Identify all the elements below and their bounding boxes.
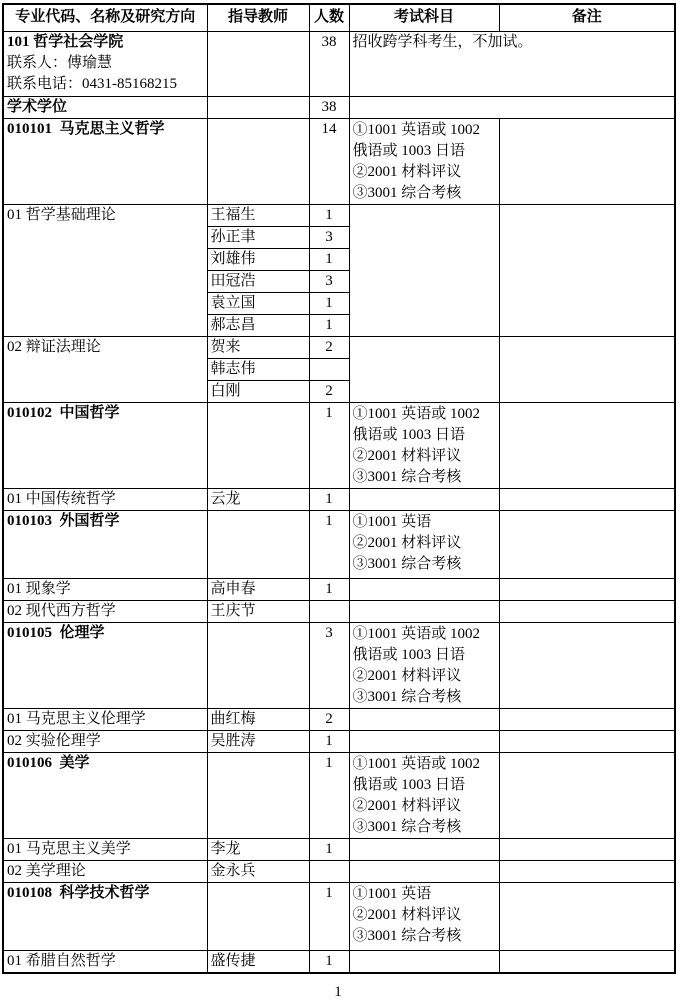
direction-remark-cell bbox=[499, 950, 675, 973]
direction-row: 01 马克思主义美学 李龙 1 bbox=[3, 838, 675, 860]
direction-exam-cell bbox=[349, 860, 499, 882]
exam-subject-line: 俄语或 1003 日语 bbox=[353, 774, 496, 795]
section-count-cell: 3 bbox=[309, 622, 349, 708]
direction-remark-cell bbox=[499, 488, 675, 510]
advisor-count-cell: 2 bbox=[309, 380, 349, 402]
section-row-010103: 010103 外国哲学 1 ①1001 英语 ②2001 材料评议 ③3001 … bbox=[3, 510, 675, 578]
direction-remark-cell bbox=[499, 204, 675, 336]
direction-name-cell: 01 哲学基础理论 bbox=[3, 204, 207, 336]
section-code-cell: 010102 中国哲学 bbox=[3, 402, 207, 488]
section-remark-cell bbox=[499, 118, 675, 204]
exam-subject-line: ③3001 综合考核 bbox=[353, 182, 496, 203]
exam-subject-line: ①1001 英语或 1002 bbox=[353, 403, 496, 424]
section-code-cell: 010105 伦理学 bbox=[3, 622, 207, 708]
direction-name-cell: 01 中国传统哲学 bbox=[3, 488, 207, 510]
section-row-010105: 010105 伦理学 3 ①1001 英语或 1002 俄语或 1003 日语 … bbox=[3, 622, 675, 708]
advisor-count-cell: 1 bbox=[309, 730, 349, 752]
advisor-name-cell: 高申春 bbox=[207, 578, 309, 600]
direction-exam-cell bbox=[349, 204, 499, 336]
admission-table: 专业代码、名称及研究方向 指导教师 人数 考试科目 备注 101 哲学社会学院 … bbox=[2, 3, 676, 974]
advisor-name-cell: 云龙 bbox=[207, 488, 309, 510]
direction-remark-cell bbox=[499, 860, 675, 882]
advisor-name-cell: 王庆节 bbox=[207, 600, 309, 622]
direction-exam-cell bbox=[349, 488, 499, 510]
advisor-count-cell: 1 bbox=[309, 292, 349, 314]
direction-remark-cell bbox=[499, 708, 675, 730]
advisor-count-cell bbox=[309, 358, 349, 380]
page-number: 1 bbox=[2, 982, 674, 1002]
college-remark-cell: 招收跨学科考生，不加试。 bbox=[349, 31, 675, 96]
document-page: 专业代码、名称及研究方向 指导教师 人数 考试科目 备注 101 哲学社会学院 … bbox=[0, 0, 676, 1002]
advisor-name-cell: 曲红梅 bbox=[207, 708, 309, 730]
advisor-count-cell bbox=[309, 860, 349, 882]
college-phone: 联系电话：0431-85168215 bbox=[7, 74, 204, 95]
direction-row: 01 马克思主义伦理学 曲红梅 2 bbox=[3, 708, 675, 730]
advisor-name-cell: 袁立国 bbox=[207, 292, 309, 314]
exam-subject-line: ①1001 英语或 1002 bbox=[353, 119, 496, 140]
section-row-010108: 010108 科学技术哲学 1 ①1001 英语 ②2001 材料评议 ③300… bbox=[3, 882, 675, 950]
section-code-cell: 010101 马克思主义哲学 bbox=[3, 118, 207, 204]
exam-subject-line: 俄语或 1003 日语 bbox=[353, 644, 496, 665]
header-exam-subjects: 考试科目 bbox=[349, 4, 499, 31]
direction-remark-cell bbox=[499, 600, 675, 622]
direction-name-cell: 01 马克思主义伦理学 bbox=[3, 708, 207, 730]
advisor-count-cell: 3 bbox=[309, 226, 349, 248]
section-exam-cell: ①1001 英语或 1002 俄语或 1003 日语 ②2001 材料评议 ③3… bbox=[349, 402, 499, 488]
direction-row: 01 希腊自然哲学 盛传捷 1 bbox=[3, 950, 675, 973]
section-exam-cell: ①1001 英语或 1002 俄语或 1003 日语 ②2001 材料评议 ③3… bbox=[349, 622, 499, 708]
direction-name-cell: 01 现象学 bbox=[3, 578, 207, 600]
section-row-010106: 010106 美学 1 ①1001 英语或 1002 俄语或 1003 日语 ②… bbox=[3, 752, 675, 838]
direction-name-cell: 01 希腊自然哲学 bbox=[3, 950, 207, 973]
section-exam-cell: ①1001 英语或 1002 俄语或 1003 日语 ②2001 材料评议 ③3… bbox=[349, 752, 499, 838]
section-exam-cell: ①1001 英语 ②2001 材料评议 ③3001 综合考核 bbox=[349, 882, 499, 950]
advisor-name-cell: 白刚 bbox=[207, 380, 309, 402]
advisor-count-cell: 1 bbox=[309, 488, 349, 510]
advisor-name-cell: 吴胜涛 bbox=[207, 730, 309, 752]
direction-row: 02 现代西方哲学 王庆节 bbox=[3, 600, 675, 622]
direction-name-cell: 02 辩证法理论 bbox=[3, 336, 207, 402]
direction-name-cell: 02 现代西方哲学 bbox=[3, 600, 207, 622]
advisor-name-cell: 孙正聿 bbox=[207, 226, 309, 248]
section-advisor-cell bbox=[207, 752, 309, 838]
section-count-cell: 1 bbox=[309, 510, 349, 578]
direction-remark-cell bbox=[499, 336, 675, 402]
section-remark-cell bbox=[499, 882, 675, 950]
exam-subject-line: ③3001 综合考核 bbox=[353, 553, 496, 574]
advisor-count-cell: 1 bbox=[309, 578, 349, 600]
advisor-name-cell: 刘雄伟 bbox=[207, 248, 309, 270]
section-row-010102: 010102 中国哲学 1 ①1001 英语或 1002 俄语或 1003 日语… bbox=[3, 402, 675, 488]
section-count-cell: 14 bbox=[309, 118, 349, 204]
section-count-cell: 1 bbox=[309, 752, 349, 838]
section-remark-cell bbox=[499, 752, 675, 838]
advisor-name-cell: 郝志昌 bbox=[207, 314, 309, 336]
advisor-name-cell: 李龙 bbox=[207, 838, 309, 860]
advisor-name-cell: 盛传捷 bbox=[207, 950, 309, 973]
exam-subject-line: ②2001 材料评议 bbox=[353, 532, 496, 553]
exam-subject-line: ③3001 综合考核 bbox=[353, 816, 496, 837]
college-row: 101 哲学社会学院 联系人：傅瑜慧 联系电话：0431-85168215 38… bbox=[3, 31, 675, 96]
degree-type-row: 学术学位 38 bbox=[3, 96, 675, 118]
advisor-count-cell: 1 bbox=[309, 204, 349, 226]
section-advisor-cell bbox=[207, 118, 309, 204]
direction-row: 01 哲学基础理论 王福生 1 bbox=[3, 204, 675, 226]
exam-subject-line: ①1001 英语 bbox=[353, 511, 496, 532]
direction-remark-cell bbox=[499, 838, 675, 860]
header-count: 人数 bbox=[309, 4, 349, 31]
exam-subject-line: ①1001 英语或 1002 bbox=[353, 753, 496, 774]
advisor-count-cell: 1 bbox=[309, 314, 349, 336]
direction-exam-cell bbox=[349, 578, 499, 600]
section-advisor-cell bbox=[207, 510, 309, 578]
college-contact: 联系人：傅瑜慧 bbox=[7, 53, 204, 74]
college-advisor-cell bbox=[207, 31, 309, 96]
exam-subject-line: ③3001 综合考核 bbox=[353, 925, 496, 946]
section-remark-cell bbox=[499, 402, 675, 488]
direction-name-cell: 01 马克思主义美学 bbox=[3, 838, 207, 860]
advisor-count-cell: 2 bbox=[309, 708, 349, 730]
direction-exam-cell bbox=[349, 336, 499, 402]
direction-name-cell: 02 美学理论 bbox=[3, 860, 207, 882]
section-code-cell: 010108 科学技术哲学 bbox=[3, 882, 207, 950]
exam-subject-line: 俄语或 1003 日语 bbox=[353, 140, 496, 161]
advisor-name-cell: 金永兵 bbox=[207, 860, 309, 882]
exam-subject-line: ①1001 英语或 1002 bbox=[353, 623, 496, 644]
exam-subject-line: ①1001 英语 bbox=[353, 883, 496, 904]
direction-exam-cell bbox=[349, 600, 499, 622]
exam-subject-line: ③3001 综合考核 bbox=[353, 686, 496, 707]
advisor-count-cell: 1 bbox=[309, 950, 349, 973]
header-program: 专业代码、名称及研究方向 bbox=[3, 4, 207, 31]
exam-subject-line: ②2001 材料评议 bbox=[353, 665, 496, 686]
direction-row: 02 美学理论 金永兵 bbox=[3, 860, 675, 882]
section-row-010101: 010101 马克思主义哲学 14 ①1001 英语或 1002 俄语或 100… bbox=[3, 118, 675, 204]
exam-subject-line: ③3001 综合考核 bbox=[353, 466, 496, 487]
advisor-name-cell: 贺来 bbox=[207, 336, 309, 358]
direction-row: 02 实验伦理学 吴胜涛 1 bbox=[3, 730, 675, 752]
advisor-count-cell: 3 bbox=[309, 270, 349, 292]
header-remarks: 备注 bbox=[499, 4, 675, 31]
college-count-cell: 38 bbox=[309, 31, 349, 96]
section-advisor-cell bbox=[207, 622, 309, 708]
degree-type-cell: 学术学位 bbox=[3, 96, 207, 118]
direction-exam-cell bbox=[349, 708, 499, 730]
section-remark-cell bbox=[499, 622, 675, 708]
college-info-cell: 101 哲学社会学院 联系人：傅瑜慧 联系电话：0431-85168215 bbox=[3, 31, 207, 96]
direction-row: 01 现象学 高申春 1 bbox=[3, 578, 675, 600]
section-code-cell: 010103 外国哲学 bbox=[3, 510, 207, 578]
header-advisor: 指导教师 bbox=[207, 4, 309, 31]
advisor-count-cell bbox=[309, 600, 349, 622]
section-exam-cell: ①1001 英语 ②2001 材料评议 ③3001 综合考核 bbox=[349, 510, 499, 578]
section-exam-cell: ①1001 英语或 1002 俄语或 1003 日语 ②2001 材料评议 ③3… bbox=[349, 118, 499, 204]
direction-remark-cell bbox=[499, 730, 675, 752]
advisor-name-cell: 韩志伟 bbox=[207, 358, 309, 380]
direction-exam-cell bbox=[349, 838, 499, 860]
advisor-count-cell: 1 bbox=[309, 838, 349, 860]
advisor-name-cell: 田冠浩 bbox=[207, 270, 309, 292]
advisor-name-cell: 王福生 bbox=[207, 204, 309, 226]
section-count-cell: 1 bbox=[309, 882, 349, 950]
direction-name-cell: 02 实验伦理学 bbox=[3, 730, 207, 752]
college-title: 101 哲学社会学院 bbox=[7, 32, 204, 53]
advisor-count-cell: 1 bbox=[309, 248, 349, 270]
exam-subject-line: ②2001 材料评议 bbox=[353, 795, 496, 816]
section-advisor-cell bbox=[207, 882, 309, 950]
degree-remark-cell bbox=[349, 96, 675, 118]
exam-subject-line: 俄语或 1003 日语 bbox=[353, 424, 496, 445]
header-row: 专业代码、名称及研究方向 指导教师 人数 考试科目 备注 bbox=[3, 4, 675, 31]
exam-subject-line: ②2001 材料评议 bbox=[353, 161, 496, 182]
advisor-count-cell: 2 bbox=[309, 336, 349, 358]
section-count-cell: 1 bbox=[309, 402, 349, 488]
section-remark-cell bbox=[499, 510, 675, 578]
direction-row: 01 中国传统哲学 云龙 1 bbox=[3, 488, 675, 510]
direction-row: 02 辩证法理论 贺来 2 bbox=[3, 336, 675, 358]
direction-exam-cell bbox=[349, 730, 499, 752]
direction-remark-cell bbox=[499, 578, 675, 600]
exam-subject-line: ②2001 材料评议 bbox=[353, 904, 496, 925]
section-code-cell: 010106 美学 bbox=[3, 752, 207, 838]
direction-exam-cell bbox=[349, 950, 499, 973]
section-advisor-cell bbox=[207, 402, 309, 488]
exam-subject-line: ②2001 材料评议 bbox=[353, 445, 496, 466]
degree-advisor-cell bbox=[207, 96, 309, 118]
degree-count-cell: 38 bbox=[309, 96, 349, 118]
